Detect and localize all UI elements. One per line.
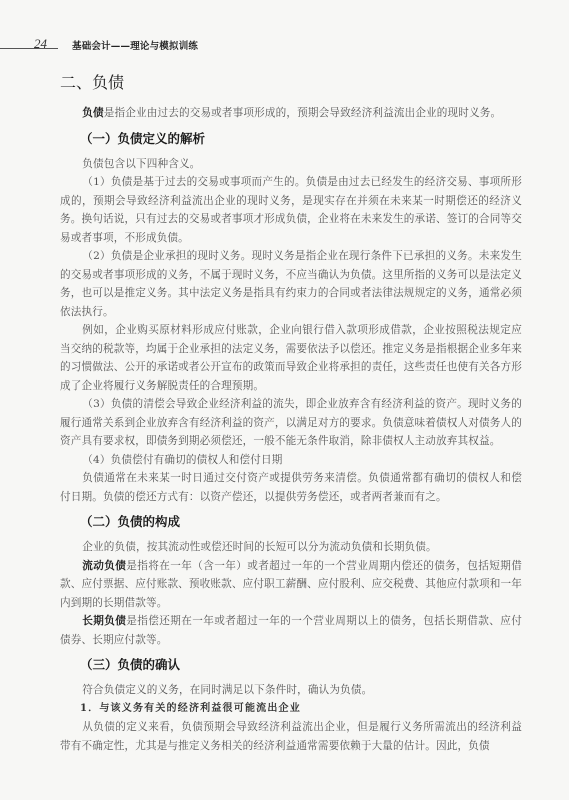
definition-paragraph: 负债是指企业由过去的交易或者事项形成的，预期会导致经济利益流出企业的现时义务。 xyxy=(60,104,522,123)
paragraph: 负债包含以下四种含义。 xyxy=(60,155,522,174)
header-rule xyxy=(0,48,58,49)
paragraph: 从负债的定义来看，负债预期会导致经济利益流出企业，但是履行义务所需流出的经济利益… xyxy=(60,718,522,755)
paragraph: 例如，企业购买原材料形成应付账款，企业向银行借入款项形成借款，企业按照税法规定应… xyxy=(60,321,522,395)
paragraph-text: 是指偿还期在一年或者超过一年的一个营业周期以上的债务，包括长期借款、应付债券、长… xyxy=(60,615,522,646)
paragraph: （2）负债是企业承担的现时义务。现时义务是指企业在现行条件下已承担的义务。未来发… xyxy=(60,247,522,321)
paragraph-text: 是指将在一年（含一年）或者超过一年的一个营业周期内偿还的债务，包括短期借款、应付… xyxy=(60,560,522,609)
term-current-liabilities: 流动负债 xyxy=(82,560,126,572)
page-body: 二、负债 负债是指企业由过去的交易或者事项形成的，预期会导致经济利益流出企业的现… xyxy=(60,72,522,755)
term-longterm-liabilities: 长期负债 xyxy=(82,615,126,627)
current-liabilities-paragraph: 流动负债是指将在一年（含一年）或者超过一年的一个营业周期内偿还的债务，包括短期借… xyxy=(60,557,522,613)
paragraph: 企业的负债，按其流动性或偿还时间的长短可以分为流动负债和长期负债。 xyxy=(60,538,522,557)
running-header: 24 基础会计——理论与模拟训练 xyxy=(0,34,569,54)
paragraph: （4）负债偿付有确切的债权人和偿付日期 xyxy=(60,451,522,470)
condition-heading-1: 1．与该义务有关的经济利益很可能流出企业 xyxy=(80,700,522,719)
paragraph: 符合负债定义的义务，在同时满足以下条件时，确认为负债。 xyxy=(60,681,522,700)
subsection-title-3: （三）负债的确认 xyxy=(80,655,522,675)
definition-term: 负债 xyxy=(82,107,104,119)
definition-text: 是指企业由过去的交易或者事项形成的，预期会导致经济利益流出企业的现时义务。 xyxy=(104,107,502,119)
subsection-title-2: （二）负债的构成 xyxy=(80,512,522,532)
book-title: 基础会计——理论与模拟训练 xyxy=(72,38,198,52)
page-number: 24 xyxy=(34,36,47,52)
paragraph: 负债通常在未来某一时日通过交付资产或提供劳务来清偿。负债通常都有确切的债权人和偿… xyxy=(60,469,522,506)
longterm-liabilities-paragraph: 长期负债是指偿还期在一年或者超过一年的一个营业周期以上的债务，包括长期借款、应付… xyxy=(60,612,522,649)
section-title: 二、负债 xyxy=(60,72,522,94)
paragraph: （3）负债的清偿会导致企业经济利益的流失，即企业放弃含有经济利益的资产。现时义务… xyxy=(60,395,522,451)
subsection-title-1: （一）负债定义的解析 xyxy=(80,129,522,149)
paragraph: （1）负债是基于过去的交易或事项而产生的。负债是由过去已经发生的经济交易、事项所… xyxy=(60,173,522,247)
